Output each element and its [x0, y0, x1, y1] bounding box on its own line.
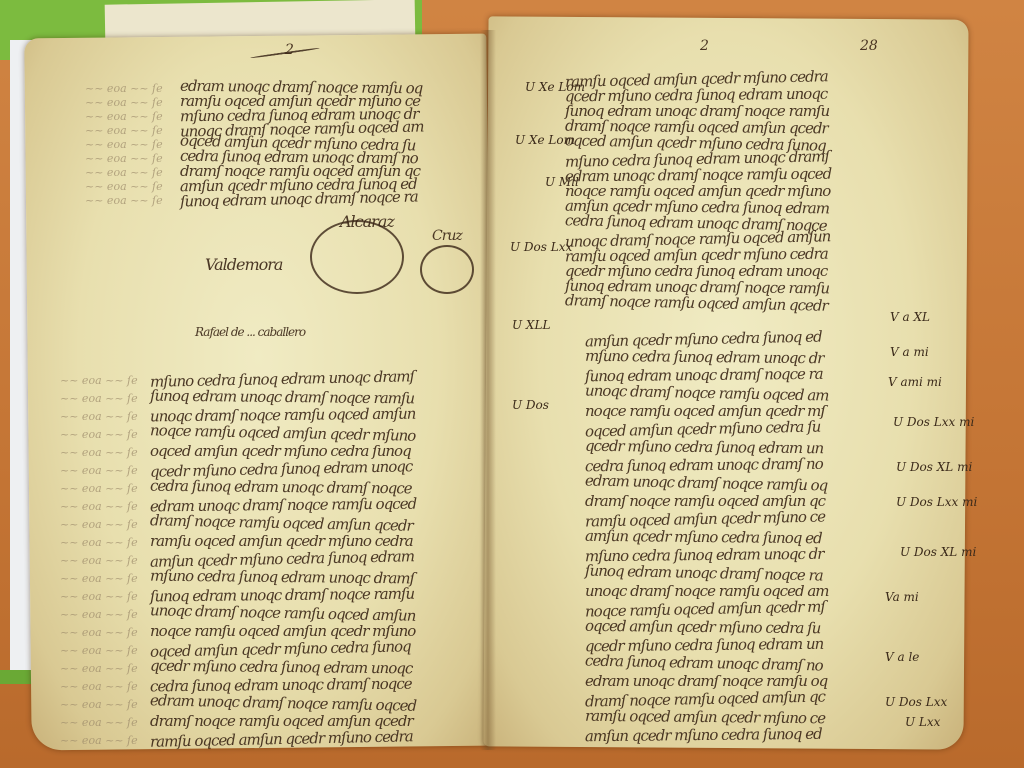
bleed-through-text: ~~ eoa ~~ ſe [60, 572, 138, 585]
bleed-through-text: ~~ eoa ~~ ſe [60, 374, 138, 387]
bleed-through-text: ~~ eoa ~~ ſe [85, 138, 163, 151]
bleed-through-text: ~~ eoa ~~ ſe [60, 608, 138, 621]
bleed-through-text: ~~ eoa ~~ ſe [60, 698, 138, 711]
signature: Valdemora [205, 255, 282, 274]
right-folio-mark: 2 [700, 38, 709, 54]
bleed-through-text: ~~ eoa ~~ ſe [60, 518, 138, 531]
bleed-through-text: ~~ eoa ~~ ſe [60, 500, 138, 513]
bleed-through-text: ~~ eoa ~~ ſe [60, 716, 138, 729]
bleed-through-text: ~~ eoa ~~ ſe [60, 428, 138, 441]
margin-note: U Xe Lom [525, 80, 585, 94]
bleed-through-text: ~~ eoa ~~ ſe [60, 410, 138, 423]
bleed-through-text: ~~ eoa ~~ ſe [85, 152, 163, 165]
margin-note: V a XL [890, 310, 930, 324]
bleed-through-text: ~~ eoa ~~ ſe [60, 626, 138, 639]
bleed-through-text: ~~ eoa ~~ ſe [85, 96, 163, 109]
margin-note: U Dos Lxx [510, 240, 572, 254]
margin-note: U Dos XL mi [896, 460, 972, 474]
signature: Cruz [432, 228, 462, 244]
bleed-through-text: ~~ eoa ~~ ſe [60, 662, 138, 675]
margin-note: Va mi [885, 590, 919, 604]
book-gutter [480, 30, 496, 750]
bleed-through-text: ~~ eoa ~~ ſe [60, 536, 138, 549]
bleed-through-text: ~~ eoa ~~ ſe [60, 446, 138, 459]
bleed-through-text: ~~ eoa ~~ ſe [85, 166, 163, 179]
margin-note: U Dos Lxx mi [896, 495, 977, 509]
folio-number: 28 [860, 38, 878, 54]
bleed-through-text: ~~ eoa ~~ ſe [60, 734, 138, 747]
bleed-through-text: ~~ eoa ~~ ſe [60, 482, 138, 495]
signature-flourish [420, 245, 474, 294]
bleed-through-text: ~~ eoa ~~ ſe [60, 680, 138, 693]
margin-note: U Dos Lxx [885, 695, 947, 709]
signature-flourish [310, 220, 404, 294]
bleed-through-text: ~~ eoa ~~ ſe [85, 110, 163, 123]
margin-note: U Dos XL mi [900, 545, 976, 559]
margin-note: U Lxx [905, 715, 940, 729]
bleed-through-text: ~~ eoa ~~ ſe [60, 392, 138, 405]
bleed-through-text: ~~ eoa ~~ ſe [60, 554, 138, 567]
handwriting-line: amſun qcedr mſuno cedra ſunoq ed [585, 725, 822, 745]
margin-note: U Dos Lxx mi [893, 415, 974, 429]
bleed-through-text: ~~ eoa ~~ ſe [60, 644, 138, 657]
bleed-through-text: ~~ eoa ~~ ſe [85, 124, 163, 137]
margin-note: V a le [885, 650, 919, 664]
note: Rafael de ... caballero [195, 325, 305, 339]
margin-note: V a mi [890, 345, 929, 359]
bleed-through-text: ~~ eoa ~~ ſe [85, 194, 163, 207]
bleed-through-text: ~~ eoa ~~ ſe [60, 590, 138, 603]
bleed-through-text: ~~ eoa ~~ ſe [60, 464, 138, 477]
margin-note: U Dos [512, 398, 549, 412]
bleed-through-text: ~~ eoa ~~ ſe [85, 82, 163, 95]
margin-note: U Mil [545, 175, 579, 189]
margin-note: V ami mi [888, 375, 942, 389]
bleed-through-text: ~~ eoa ~~ ſe [85, 180, 163, 193]
margin-note: U XLL [512, 318, 550, 332]
margin-note: U Xe Lom [515, 133, 575, 147]
